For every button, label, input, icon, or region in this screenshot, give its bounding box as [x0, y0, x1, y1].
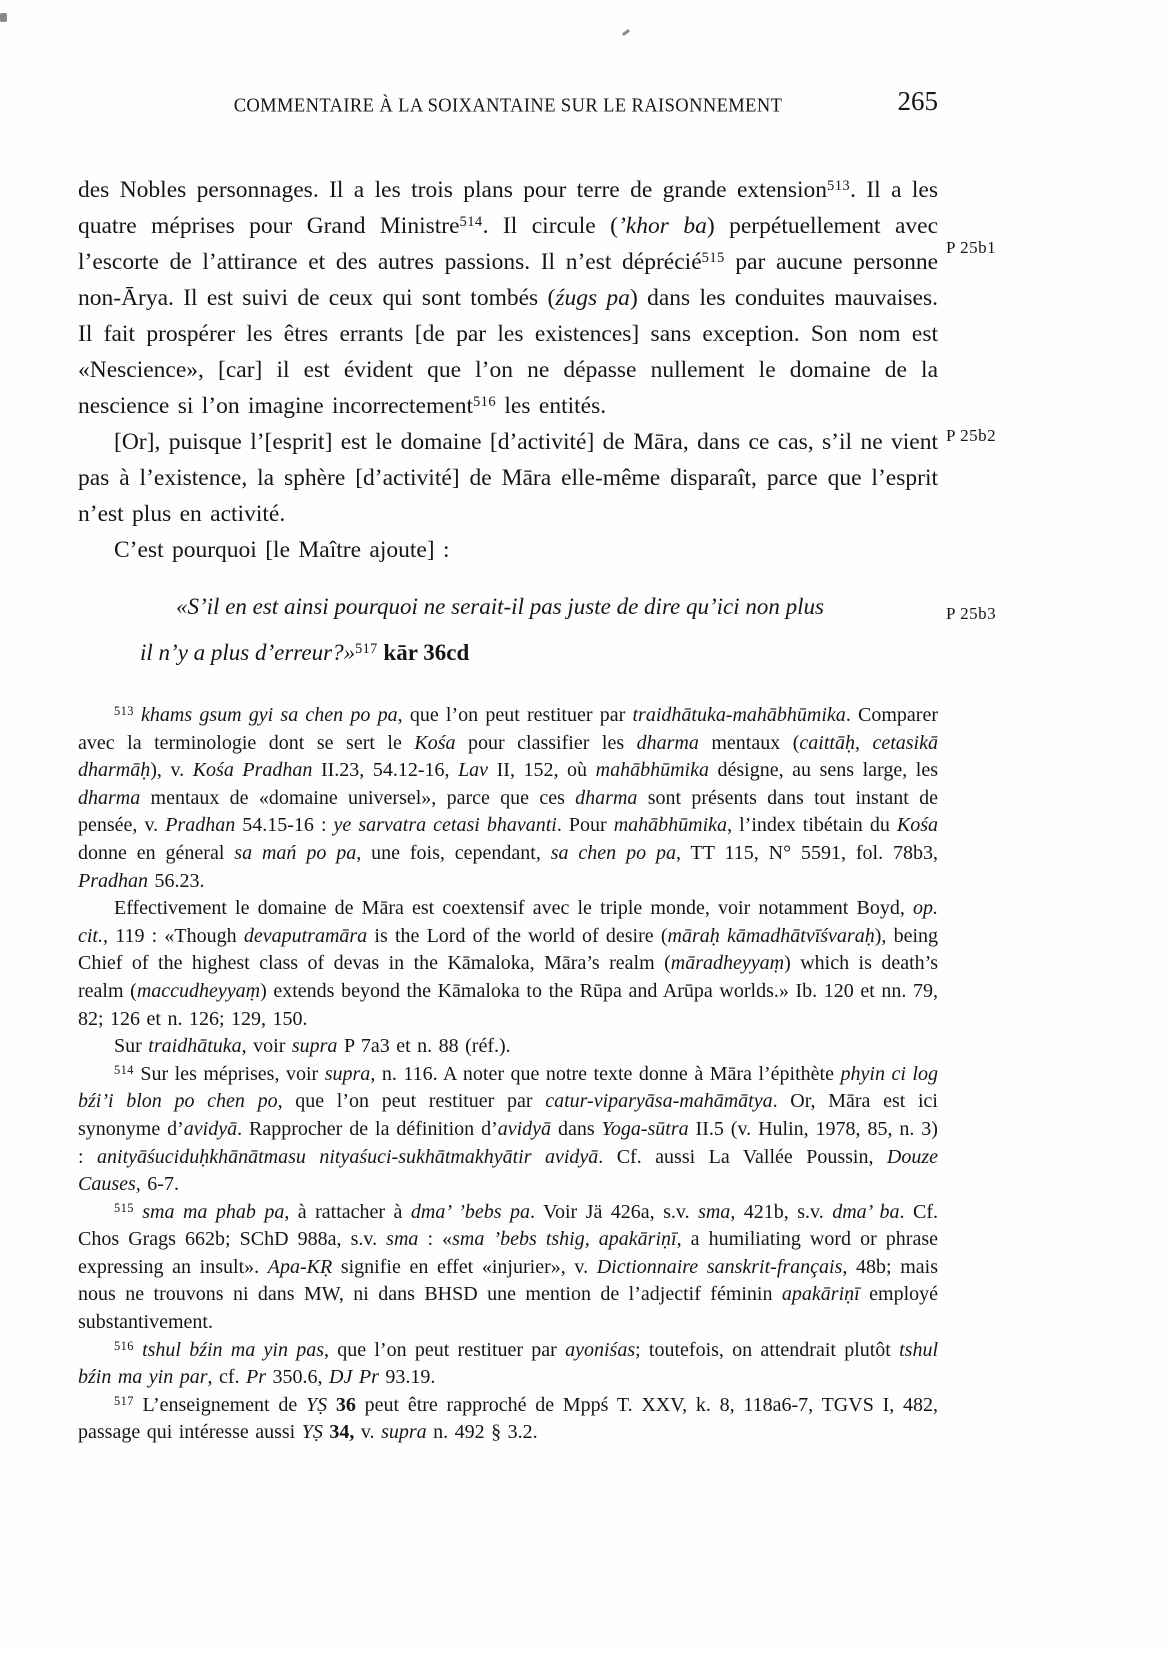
body-paragraph-1: des Nobles personnages. Il a les trois p… [78, 172, 938, 424]
footnote-513-continuation-1: Effectivement le domaine de Māra est coe… [78, 895, 938, 1033]
footnote-517: 517 L’enseignement de YṢ 36 peut être ra… [78, 1392, 938, 1447]
footnote-516: 516 tshul bźin ma yin pas, que l’on peut… [78, 1337, 938, 1392]
margin-note-p25b3: P 25b3 [946, 604, 996, 624]
footnote-514: 514 Sur les méprises, voir supra, n. 116… [78, 1061, 938, 1199]
running-title: COMMENTAIRE À LA SOIXANTAINE SUR LE RAIS… [78, 95, 938, 117]
footnotes-section: 513 khams gsum gyi sa chen po pa, que l’… [78, 702, 938, 1447]
footnote-513: 513 khams gsum gyi sa chen po pa, que l’… [78, 702, 938, 895]
margin-note-p25b2: P 25b2 [946, 426, 996, 446]
scan-artifact-mark [622, 29, 630, 36]
body-paragraph-3: C’est pourquoi [le Maître ajoute] : [78, 532, 938, 568]
footnote-515: 515 sma ma phab pa, à rattacher à dma’ ’… [78, 1199, 938, 1337]
margin-note-p25b1: P 25b1 [946, 238, 996, 258]
body-paragraph-2: [Or], puisque l’[esprit] est le domaine … [78, 424, 938, 532]
running-header: COMMENTAIRE À LA SOIXANTAINE SUR LE RAIS… [78, 88, 938, 128]
book-page: COMMENTAIRE À LA SOIXANTAINE SUR LE RAIS… [0, 0, 1170, 1654]
footnote-513-continuation-2: Sur traidhātuka, voir supra P 7a3 et n. … [78, 1033, 938, 1061]
verse-quote-kar-36cd: «S’il en est ainsi pourquoi ne serait-il… [140, 584, 840, 676]
page-number: 265 [898, 86, 939, 117]
text-column: des Nobles personnages. Il a les trois p… [78, 172, 938, 1447]
scan-artifact-corner [0, 13, 7, 22]
